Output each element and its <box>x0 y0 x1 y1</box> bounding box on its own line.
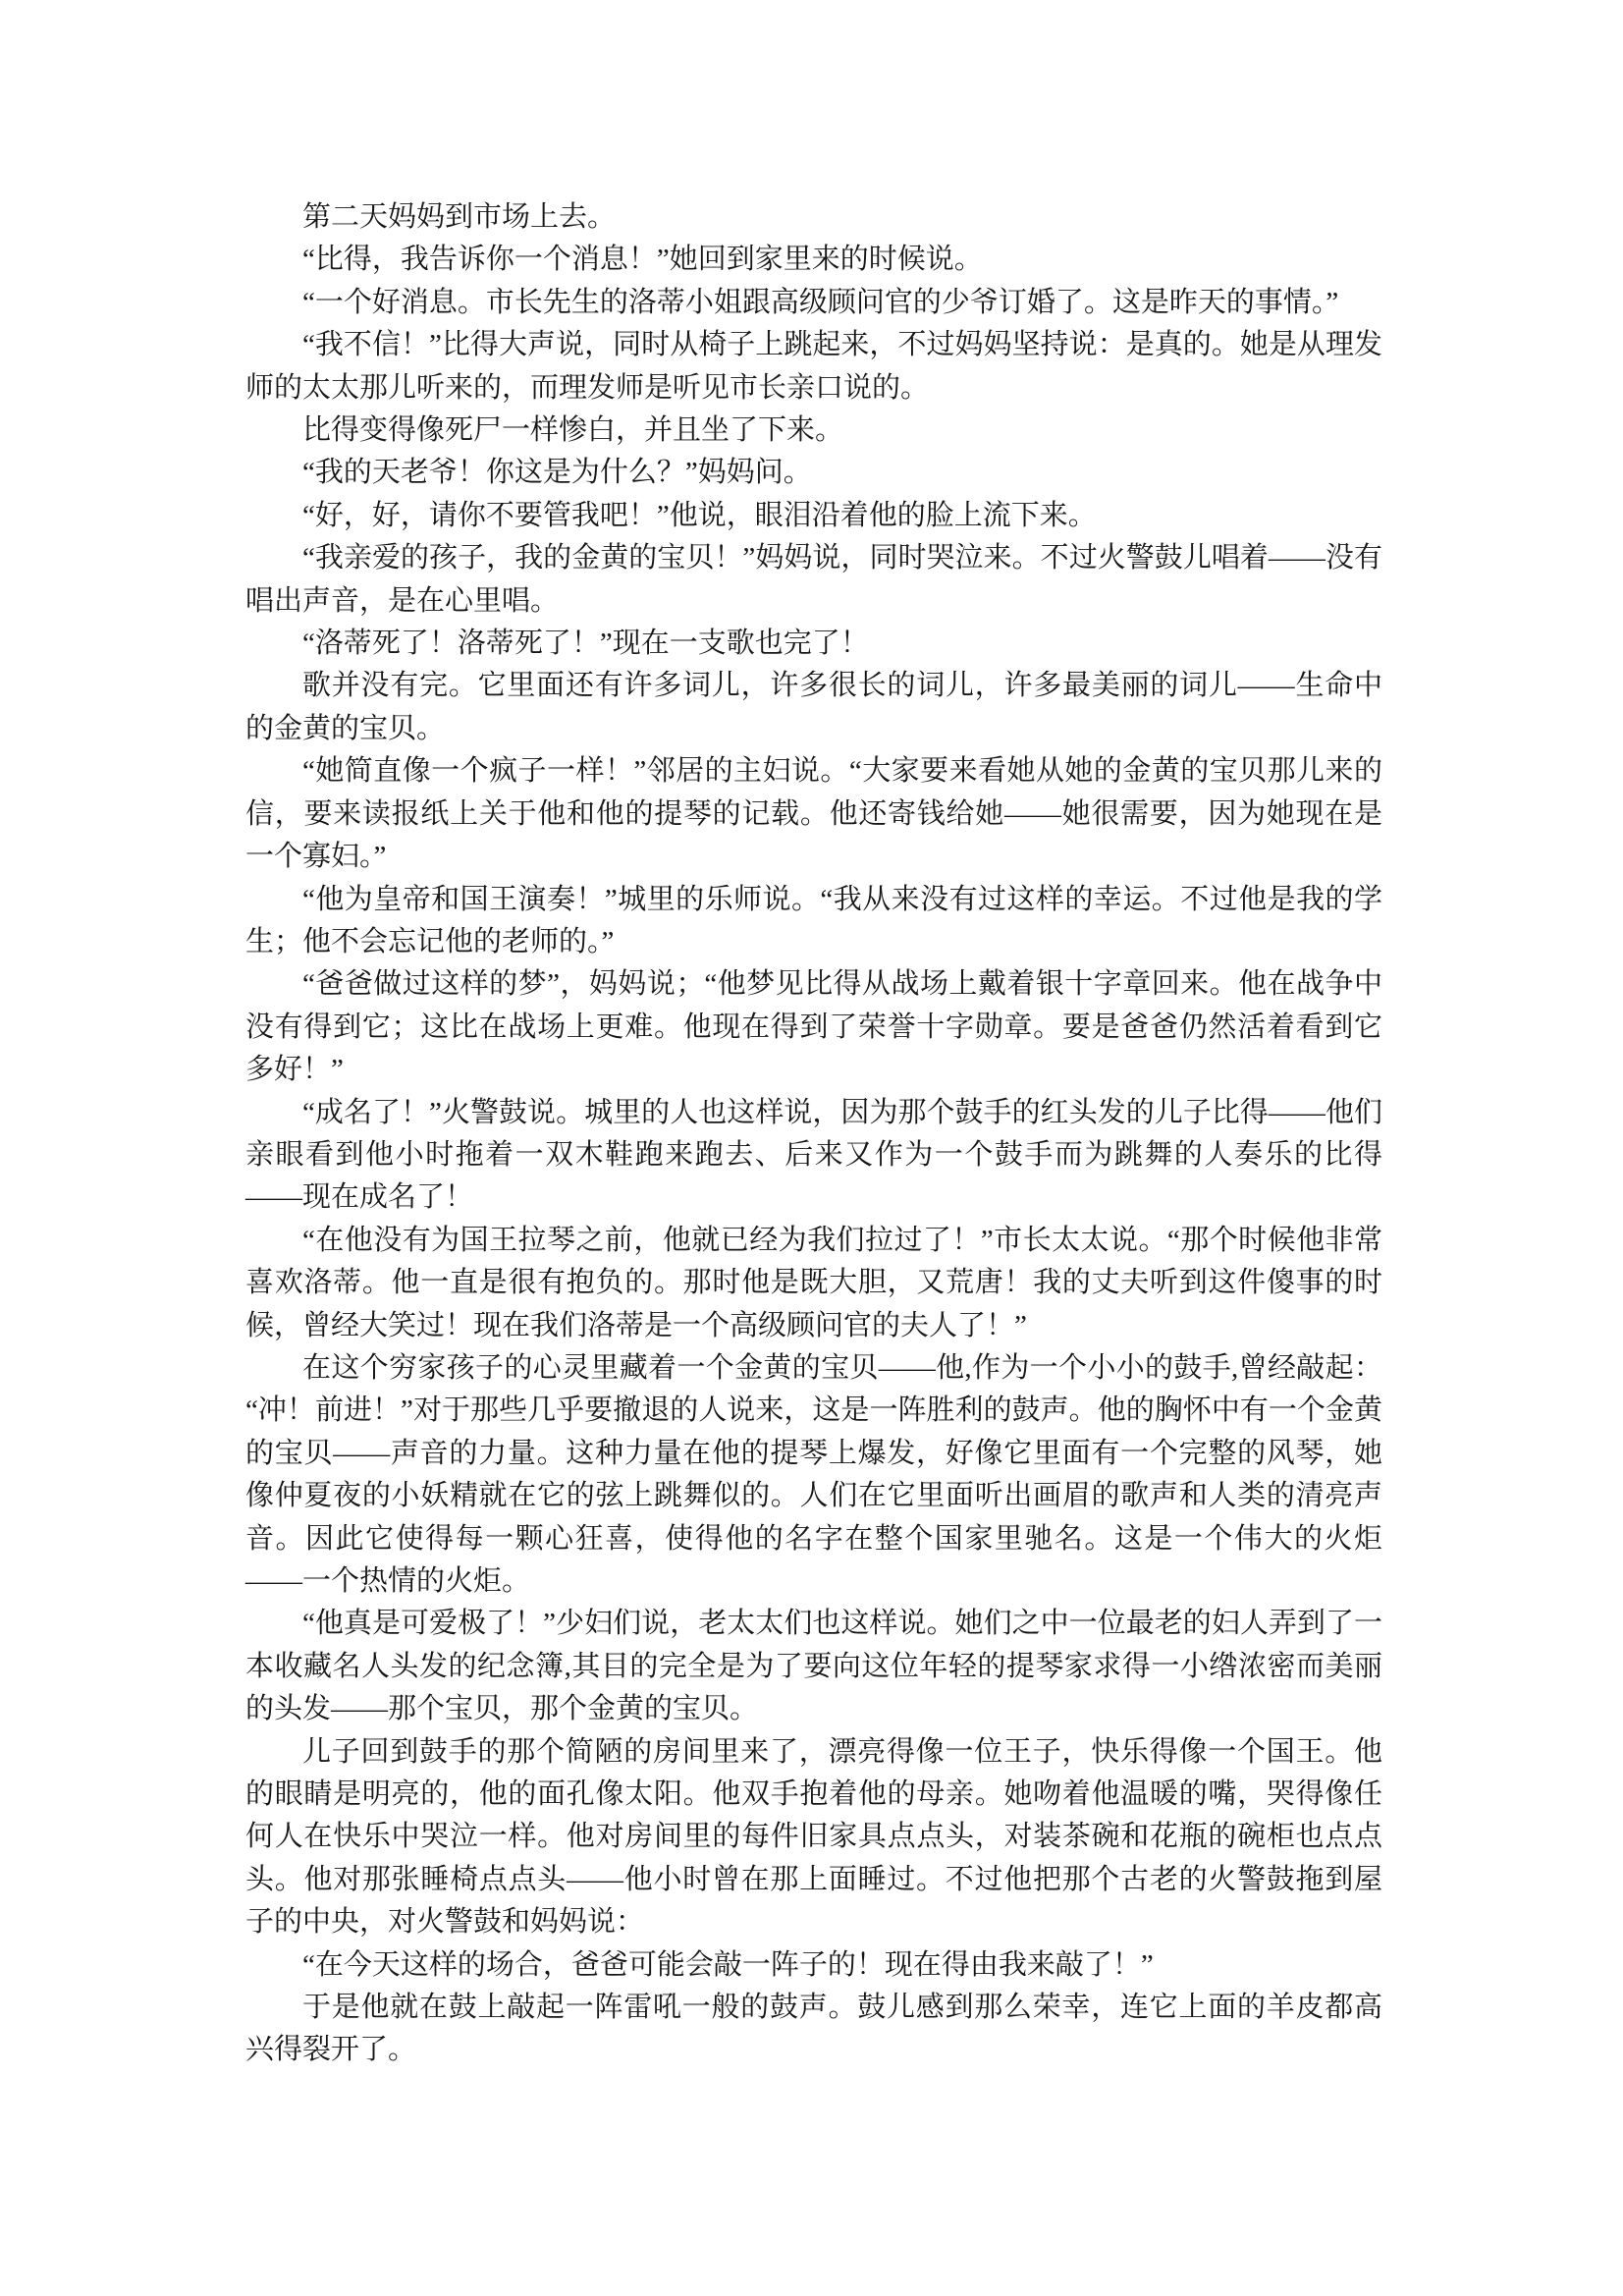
paragraph: “一个好消息。市长先生的洛蒂小姐跟高级顾问官的少爷订婚了。这是昨天的事情。” <box>245 282 1382 324</box>
paragraph: “洛蒂死了！洛蒂死了！”现在一支歌也完了！ <box>245 623 1382 665</box>
paragraph: “好，好，请你不要管我吧！”他说，眼泪沿着他的脸上流下来。 <box>245 495 1382 537</box>
paragraph: 比得变得像死尸一样惨白，并且坐了下来。 <box>245 410 1382 452</box>
paragraph: “爸爸做过这样的梦”，妈妈说；“他梦见比得从战场上戴着银十字章回来。他在战争中没… <box>245 963 1382 1091</box>
paragraph: “在他没有为国王拉琴之前，他就已经为我们拉过了！”市长太太说。“那个时候他非常喜… <box>245 1220 1382 1347</box>
paragraph: “我的天老爷！你这是为什么？”妈妈问。 <box>245 452 1382 494</box>
paragraph: “在今天这样的场合，爸爸可能会敲一阵子的！现在得由我来敲了！” <box>245 1944 1382 1987</box>
paragraph: “成名了！”火警鼓说。城里的人也这样说，因为那个鼓手的红头发的儿子比得——他们亲… <box>245 1092 1382 1220</box>
paragraph: “他为皇帝和国王演奏！”城里的乐师说。“我从来没有过这样的幸运。不过他是我的学生… <box>245 879 1382 964</box>
story-text-block: 第二天妈妈到市场上去。 “比得，我告诉你一个消息！”她回到家里来的时候说。 “一… <box>245 196 1382 2072</box>
paragraph: “她简直像一个疯子一样！”邻居的主妇说。“大家要来看她从她的金黄的宝贝那儿来的信… <box>245 750 1382 878</box>
paragraph: 儿子回到鼓手的那个简陋的房间里来了，漂亮得像一位王子，快乐得像一个国王。他的眼睛… <box>245 1731 1382 1944</box>
paragraph: 在这个穷家孩子的心灵里藏着一个金黄的宝贝——他,作为一个小小的鼓手,曾经敲起：“… <box>245 1347 1382 1603</box>
paragraph: 歌并没有完。它里面还有许多词儿，许多很长的词儿，许多最美丽的词儿——生命中的金黄… <box>245 665 1382 750</box>
paragraph: 于是他就在鼓上敲起一阵雷吼一般的鼓声。鼓儿感到那么荣幸，连它上面的羊皮都高兴得裂… <box>245 1987 1382 2072</box>
paragraph: “我不信！”比得大声说，同时从椅子上跳起来，不过妈妈坚持说：是真的。她是从理发师… <box>245 324 1382 410</box>
paragraph: “比得，我告诉你一个消息！”她回到家里来的时候说。 <box>245 239 1382 281</box>
paragraph: “他真是可爱极了！”少妇们说，老太太们也这样说。她们之中一位最老的妇人弄到了一本… <box>245 1603 1382 1730</box>
paragraph: “我亲爱的孩子，我的金黄的宝贝！”妈妈说，同时哭泣来。不过火警鼓儿唱着——没有唱… <box>245 537 1382 623</box>
paragraph: 第二天妈妈到市场上去。 <box>245 196 1382 239</box>
document-page: 第二天妈妈到市场上去。 “比得，我告诉你一个消息！”她回到家里来的时候说。 “一… <box>0 0 1623 2296</box>
